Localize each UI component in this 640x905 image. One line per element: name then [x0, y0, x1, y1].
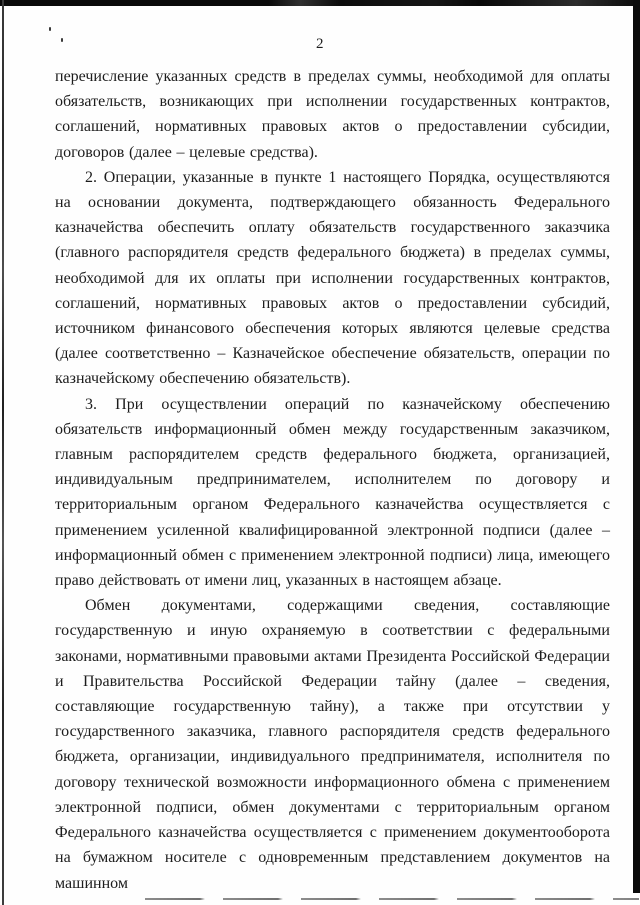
scan-artifact-top-edge: [0, 0, 640, 6]
scan-artifact-bottom-edge-line: [145, 898, 639, 900]
scan-artifact-right-edge: [633, 0, 640, 893]
page-number: 2: [0, 36, 640, 53]
document-body: перечисление указанных средств в предела…: [55, 64, 610, 896]
document-page: 2 перечисление указанных средств в преде…: [0, 0, 640, 905]
paragraph-3-information-exchange: 3. При осуществлении операций по казначе…: [55, 392, 610, 594]
paragraph-2-operations-basis: 2. Операции, указанные в пункте 1 настоя…: [55, 165, 610, 392]
scan-artifact-left-edge-line: [2, 0, 4, 905]
paragraph-4-state-secret-paper-exchange: Обмен документами, содержащими сведения,…: [55, 593, 610, 895]
scan-speck: [49, 27, 51, 31]
paragraph-targeted-funds-continuation: перечисление указанных средств в предела…: [55, 64, 610, 165]
